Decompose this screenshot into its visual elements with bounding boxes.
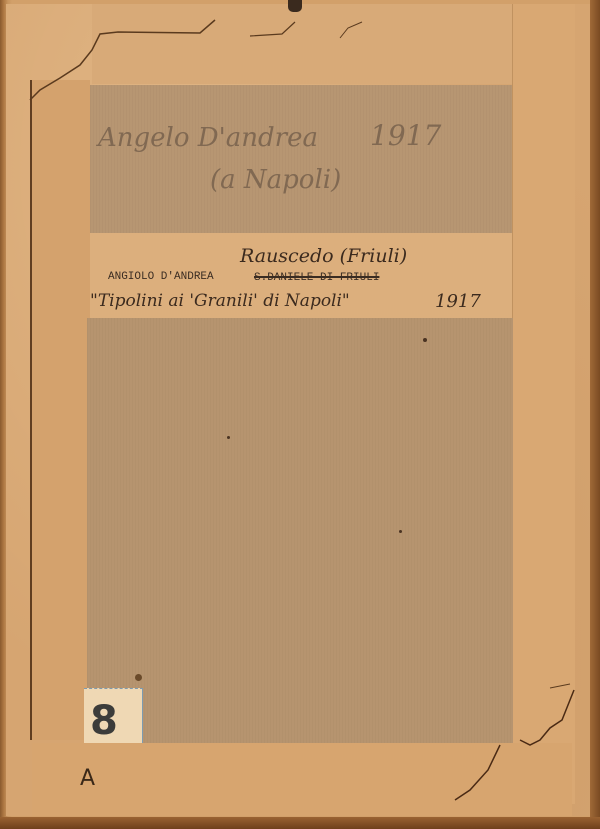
paper-cracks	[0, 0, 600, 829]
